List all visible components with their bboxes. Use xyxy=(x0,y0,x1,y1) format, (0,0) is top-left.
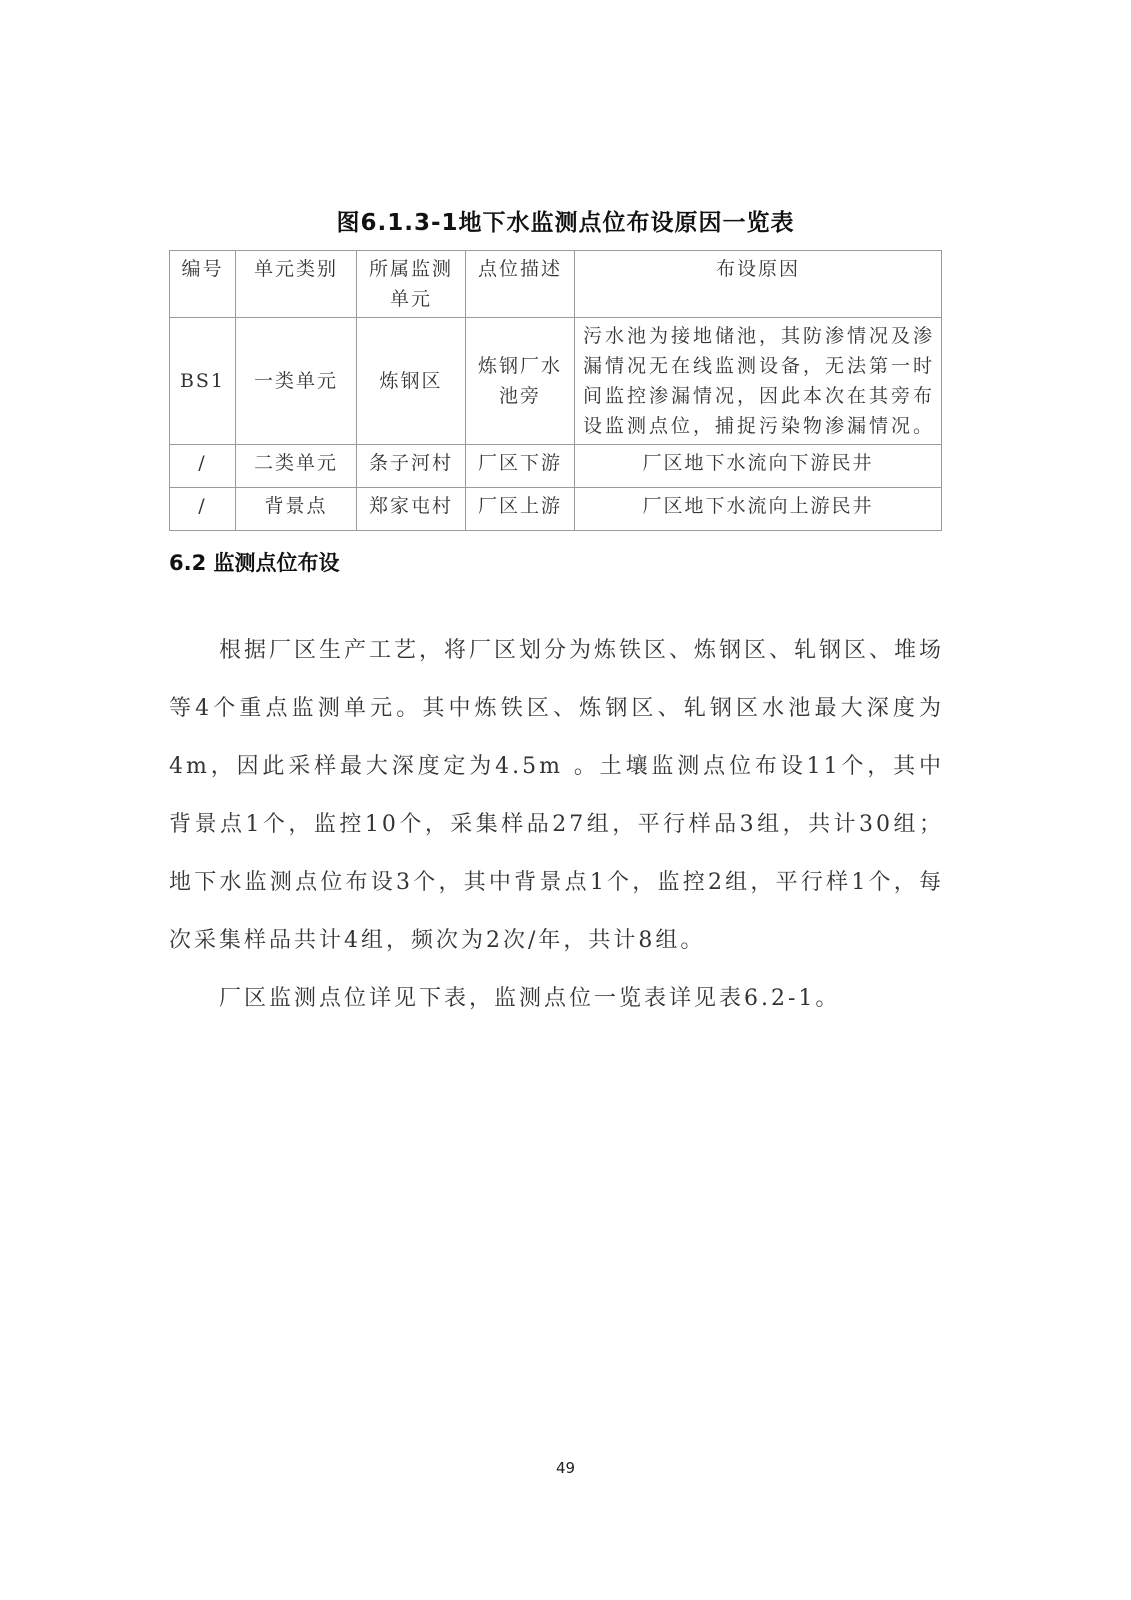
monitoring-points-table: 编号 单元类别 所属监测单元 点位描述 布设原因 BS1 一类单元 炼钢区 炼钢… xyxy=(169,250,942,531)
paragraph: 根据厂区生产工艺，将厂区划分为炼铁区、炼钢区、轧钢区、堆场等4个重点监测单元。其… xyxy=(169,622,944,970)
header-cell: 单元类别 xyxy=(236,251,357,318)
section-body: 根据厂区生产工艺，将厂区划分为炼铁区、炼钢区、轧钢区、堆场等4个重点监测单元。其… xyxy=(169,622,944,1028)
table-cell: 厂区地下水流向下游民井 xyxy=(575,445,942,488)
table-cell: 厂区下游 xyxy=(466,445,575,488)
table-caption: 图6.1.3-1地下水监测点位布设原因一览表 xyxy=(0,204,1131,237)
table-header-row: 编号 单元类别 所属监测单元 点位描述 布设原因 xyxy=(170,251,942,318)
paragraph: 厂区监测点位详见下表，监测点位一览表详见表6.2-1。 xyxy=(169,970,944,1028)
table-cell: 二类单元 xyxy=(236,445,357,488)
header-cell: 布设原因 xyxy=(575,251,942,318)
table-cell: 背景点 xyxy=(236,488,357,531)
table-cell: 厂区地下水流向上游民井 xyxy=(575,488,942,531)
table-cell: 厂区上游 xyxy=(466,488,575,531)
header-cell: 编号 xyxy=(170,251,236,318)
header-cell: 点位描述 xyxy=(466,251,575,318)
table-cell: / xyxy=(170,488,236,531)
table-row: BS1 一类单元 炼钢区 炼钢厂水池旁 污水池为接地储池，其防渗情况及渗漏情况无… xyxy=(170,318,942,445)
table-cell: 炼钢区 xyxy=(357,318,466,445)
header-cell: 所属监测单元 xyxy=(357,251,466,318)
table-cell: 郑家屯村 xyxy=(357,488,466,531)
table-cell: 一类单元 xyxy=(236,318,357,445)
table-cell: / xyxy=(170,445,236,488)
table-cell: BS1 xyxy=(170,318,236,445)
page-number: 49 xyxy=(0,1459,1131,1477)
table-cell: 炼钢厂水池旁 xyxy=(466,318,575,445)
table-cell: 污水池为接地储池，其防渗情况及渗漏情况无在线监测设备，无法第一时间监控渗漏情况，… xyxy=(575,318,942,445)
table-cell: 条子河村 xyxy=(357,445,466,488)
table-row: / 背景点 郑家屯村 厂区上游 厂区地下水流向上游民井 xyxy=(170,488,942,531)
table-row: / 二类单元 条子河村 厂区下游 厂区地下水流向下游民井 xyxy=(170,445,942,488)
section-heading: 6.2 监测点位布设 xyxy=(169,547,340,577)
